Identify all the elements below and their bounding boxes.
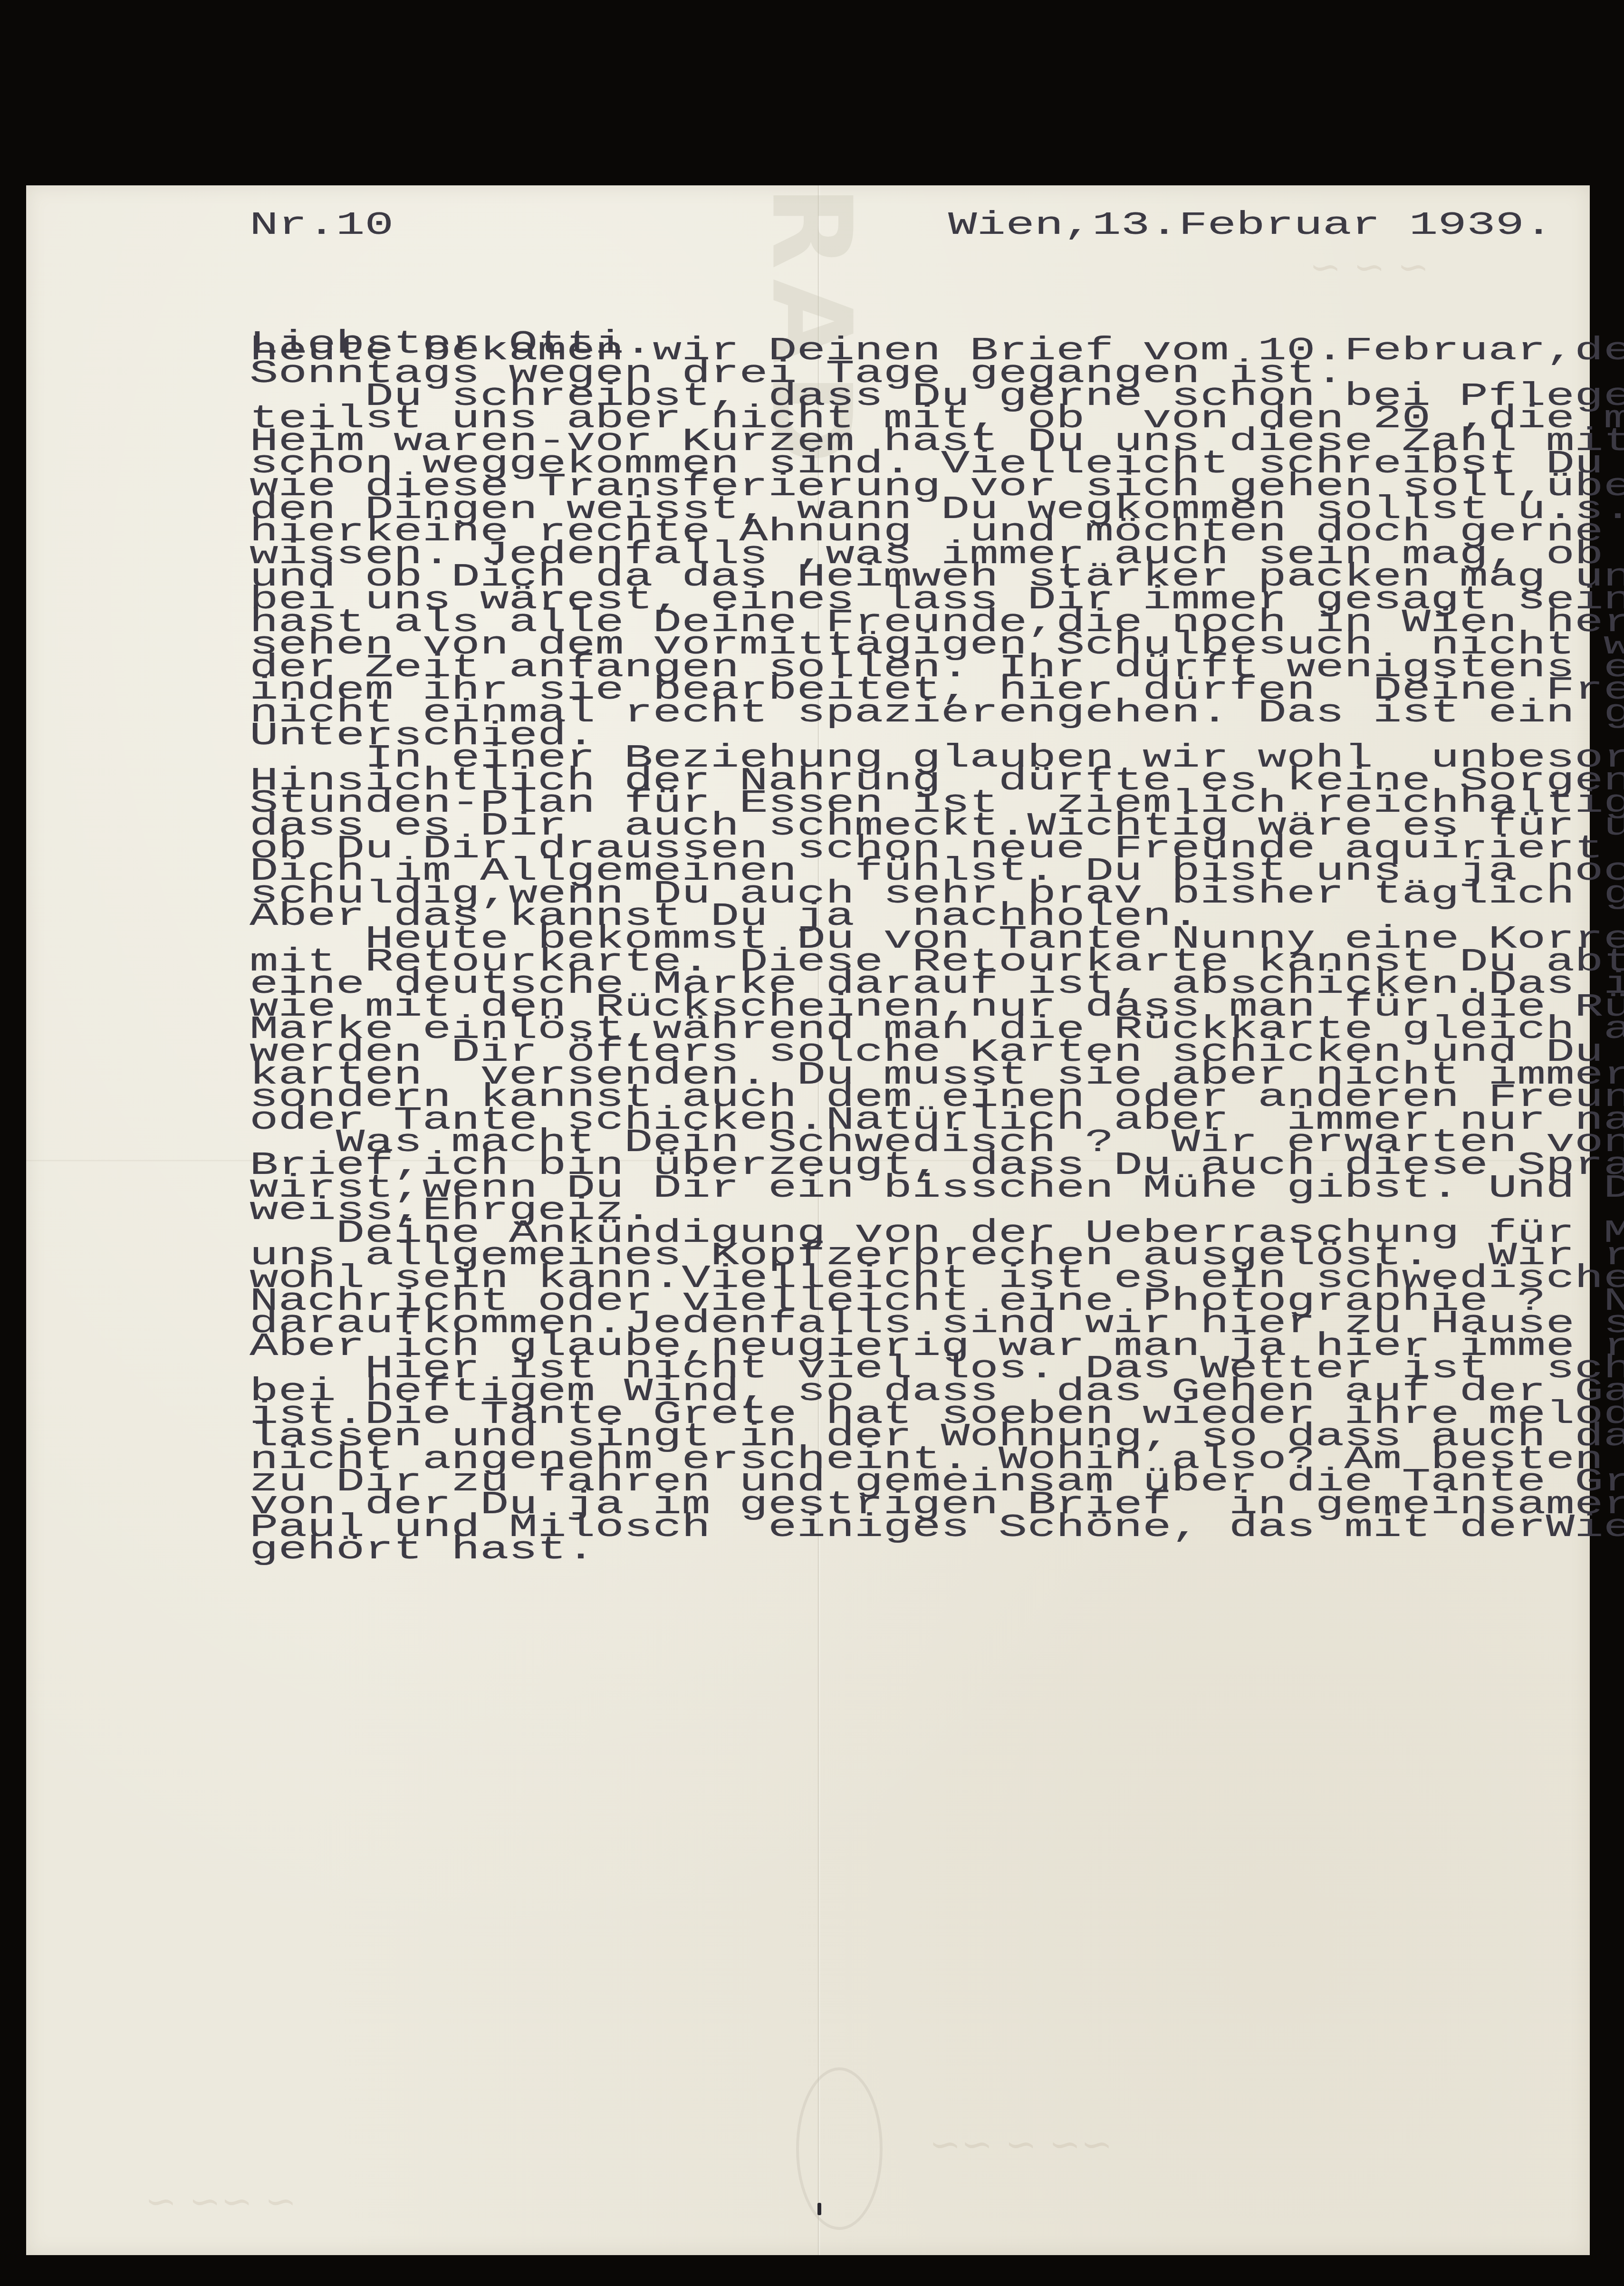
letter-page: RAD ~ ~ ~ ~~ ~ ~~ ~ ~~ ~ Nr.10 Wien,13.F… — [26, 185, 1590, 2255]
bleed-through-handwriting: ~~ ~ ~~ — [929, 2124, 1113, 2169]
bleed-through-handwriting: ~ ~~ ~ — [145, 2181, 297, 2226]
watermark-stamp: RAD — [749, 185, 872, 276]
letter-body: heute bekamen wir Deinen Brief vom 10.Fe… — [250, 340, 1624, 1561]
page-mark — [817, 2203, 821, 2215]
letter-date: Wien,13.Februar 1939. — [948, 169, 1553, 282]
watermark-seal — [796, 2067, 883, 2230]
letter-number: Nr.10 — [250, 169, 394, 282]
